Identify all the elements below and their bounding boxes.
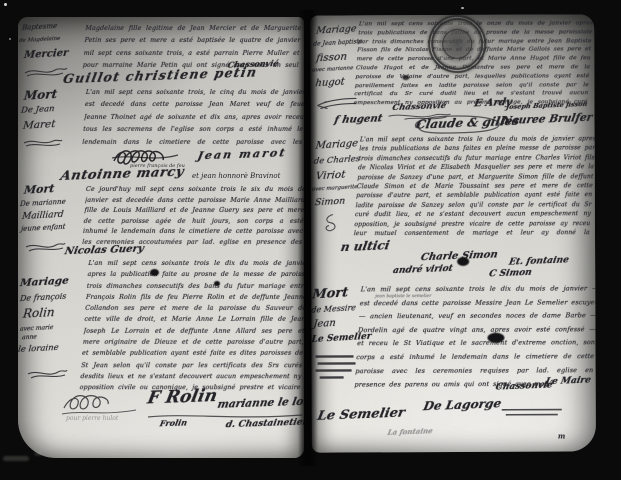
- signature-faint-note: pour pierre hulot: [66, 415, 118, 422]
- margin-note-mariage-rolin-line1: Mariage: [19, 275, 69, 290]
- margin-note-mariage-fisson-line1: Mariage: [316, 23, 357, 36]
- margin-note-mariage-rolin-line3: Rolin: [22, 305, 55, 321]
- right-page: Mariage de Jean baptiste fisson avec mar…: [310, 14, 596, 452]
- margin-note-baptism-line2: de Magdeleine: [19, 36, 61, 44]
- film-speck: [9, 38, 11, 40]
- paraph-flourish-icon: [314, 94, 358, 110]
- heading-antoinne-marcy: Antoinne marcy: [59, 165, 185, 184]
- signature-et-fontaine: Et. fontaine: [508, 255, 570, 267]
- signature-jean-marot: Jean marot: [196, 146, 287, 162]
- margin-note-mort-mailliard-line3: Mailliard: [21, 210, 64, 222]
- margin-note-mariage-rolin-line4: avec marie: [20, 324, 54, 333]
- signature-underline-flourish-icon: [146, 411, 304, 421]
- margin-note-mort-mailliard-line2: De marianne: [20, 198, 67, 208]
- margin-note-mariage-fisson-line3: fisson: [316, 51, 348, 65]
- folio-mark: m: [558, 432, 565, 441]
- margin-note-mariage-viriot-line5: Simon: [314, 196, 345, 209]
- left-page: Baptesme de Magdeleine Mercier Magdelain…: [18, 17, 304, 458]
- film-smudge: [3, 456, 29, 461]
- film-speck: [4, 3, 7, 6]
- margin-note-baptism-line3: Mercier: [23, 48, 68, 61]
- record-body-marriage-rolin: L'an mil sept cens soixante trois le dix…: [79, 258, 304, 393]
- margin-note-mort-maret-line3: Maret: [22, 118, 56, 132]
- ink-stain: [487, 333, 504, 343]
- signature-nauree-brulfer: Nauree Brulfer: [501, 112, 593, 128]
- signature-la-fontaine: La fontaine: [387, 426, 434, 437]
- margin-note-mariage-rolin-line2: De françois: [20, 292, 67, 303]
- margin-note-baptism-line1: Baptesme: [22, 22, 58, 32]
- margin-note-mort-maret-line1: Mort: [23, 87, 58, 103]
- ink-stain: [214, 281, 220, 286]
- signature-c-simon: C Simon: [488, 268, 533, 280]
- signature-le-semelier: Le Semelier: [316, 406, 406, 424]
- margin-note-mariage-rolin-line6: le loraine: [18, 343, 59, 355]
- film-speck: [461, 7, 464, 9]
- ink-stain: [402, 75, 409, 80]
- margin-note-mort-mailliard-line4: jeune enfant: [21, 223, 66, 233]
- margin-note-mariage-fisson-line5: hugot: [315, 77, 345, 90]
- margin-note-mort-mailliard-line1: Mort: [23, 182, 55, 197]
- film-smudge: [34, 452, 42, 456]
- signature-de-lagorge: De Lagorge: [422, 396, 502, 413]
- microfilm-scan: Baptesme de Magdeleine Mercier Magdelain…: [0, 0, 621, 480]
- signature-flourish-script: n ultici: [340, 238, 391, 254]
- loop-glyph-icon: [321, 212, 341, 234]
- margin-note-mort-maret-line2: De Jean: [20, 104, 55, 116]
- signature-nicolas-guery: Nicolas Guery: [64, 244, 145, 258]
- margin-note-mariage-viriot-line2: de Charles: [313, 154, 360, 167]
- ink-stain: [150, 269, 159, 276]
- double-underline-flourish-icon: [500, 407, 566, 419]
- paraph-flourish-icon: [26, 366, 68, 380]
- hatch-marks-icon: [314, 352, 360, 382]
- margin-note-mariage-fisson-line2: de Jean baptiste: [313, 38, 363, 48]
- record-body-burial-mailliard: Ce jourd'huy mil sept cens soixante troi…: [82, 185, 304, 249]
- signature-le-maire: Le Maire: [545, 376, 592, 388]
- signature-f-rolin: F Rolin: [146, 386, 219, 408]
- ink-stain: [457, 257, 469, 266]
- page-gutter: [298, 10, 318, 466]
- signature-marianne-le-lorrain: marianne le lorrain: [216, 395, 304, 411]
- record-body-marriage-viriot: L'an mil sept cens soixante trois le dou…: [353, 134, 596, 239]
- signature-andre-viriot: andré viriot: [392, 264, 454, 276]
- signature-f-hugent: f hugent: [333, 113, 383, 126]
- margin-note-mariage-viriot-line3: Viriot: [315, 169, 346, 183]
- paraph-flourish-icon: [22, 136, 64, 148]
- interline-insertion-note: jean baptiste le semelier: [375, 294, 431, 299]
- record-body-burial-maret: L'an mil sept cens soixante trois, le ci…: [82, 87, 304, 149]
- stamp-inner-ring: [440, 27, 474, 61]
- paraph-flourish-icon: [23, 65, 69, 77]
- margin-note-mariage-viriot-line4: avec marguerite: [312, 184, 358, 193]
- heading-suffix: et jean honnorè Bravinot: [192, 172, 280, 180]
- margin-note-mariage-rolin-line5: anne: [22, 334, 38, 342]
- margin-note-mariage-fisson-line4: avec marianne: [312, 65, 354, 73]
- margin-note-mariage-viriot-line1: Mariage: [315, 138, 359, 151]
- paraph-flourish-icon: [24, 239, 66, 253]
